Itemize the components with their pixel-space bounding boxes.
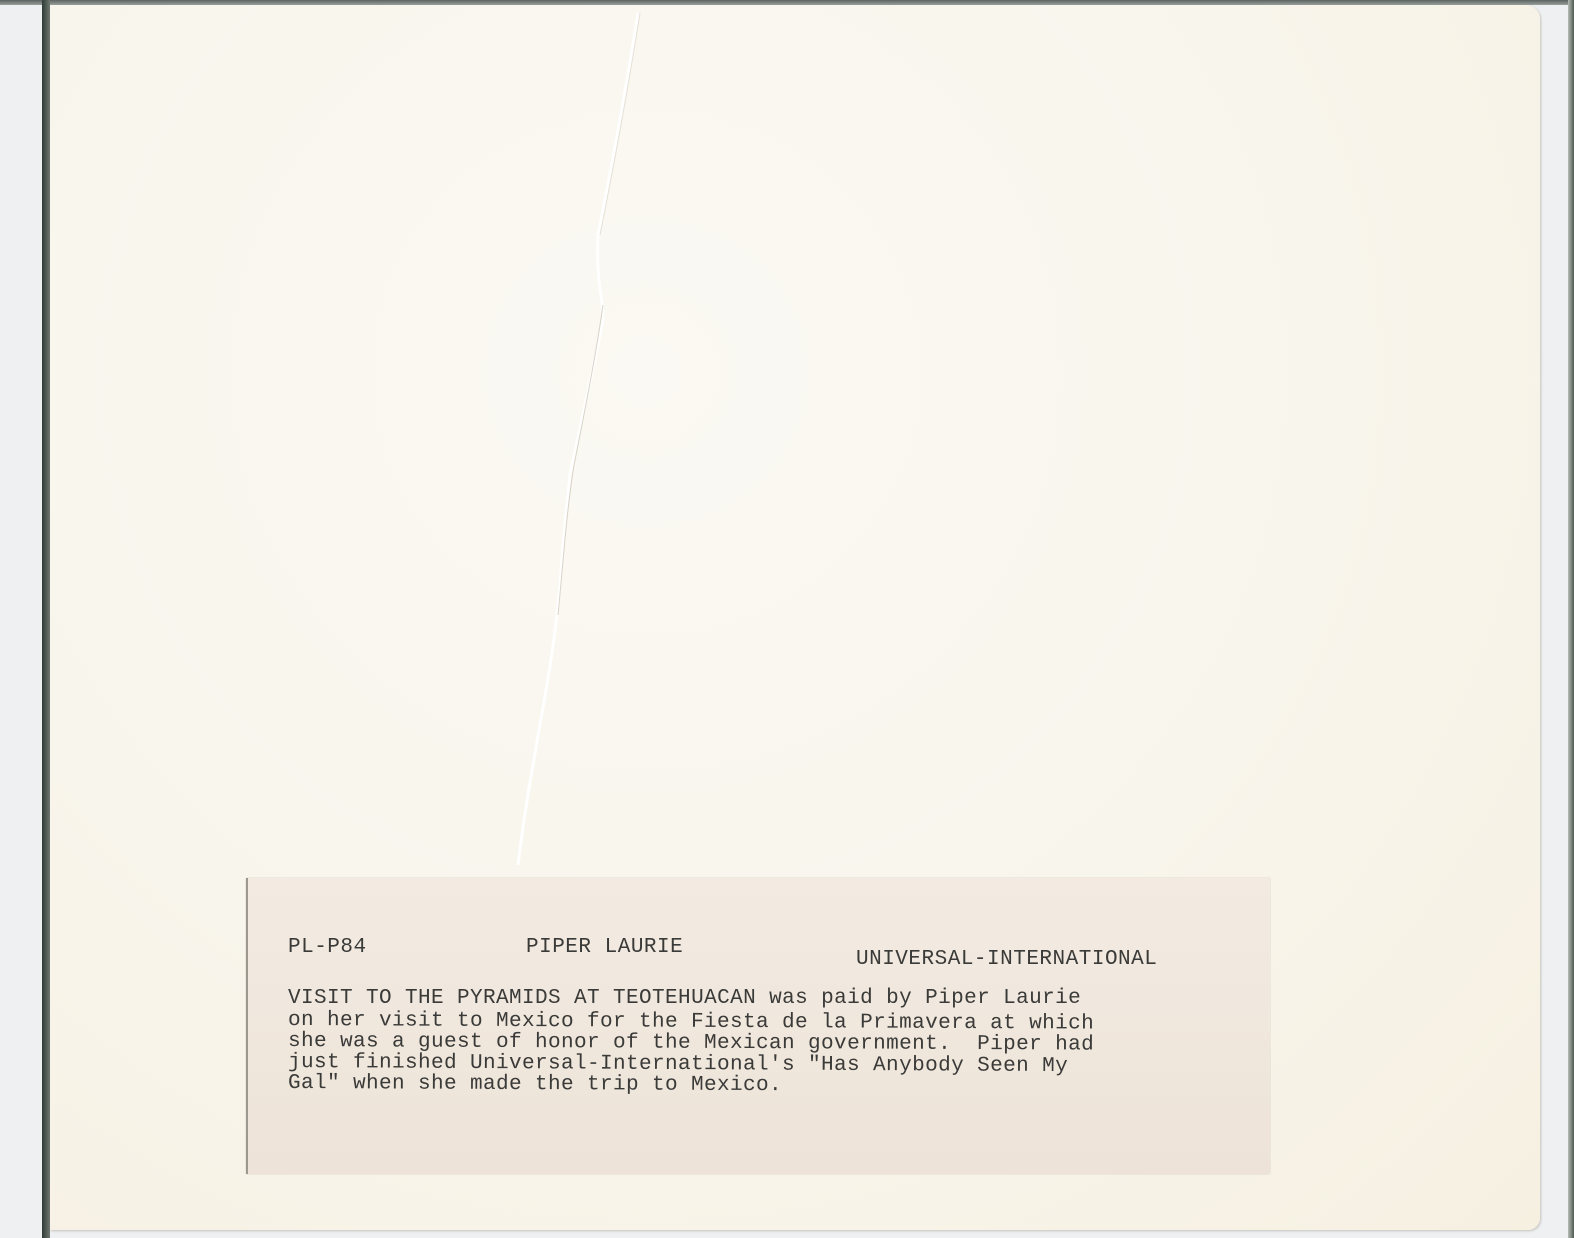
photo-code: PL-P84 (288, 936, 367, 959)
caption-snipe: PL-P84 PIPER LAURIE UNIVERSAL-INTERNATIO… (246, 878, 1270, 1174)
scan-left-edge (42, 0, 50, 1238)
photo-back-paper: PL-P84 PIPER LAURIE UNIVERSAL-INTERNATIO… (50, 5, 1540, 1230)
caption-line: Gal" when she made the trip to Mexico. (288, 1073, 1228, 1098)
scan-right-edge (1568, 0, 1574, 1238)
caption-line: VISIT TO THE PYRAMIDS AT TEOTEHUACAN was… (288, 988, 1228, 1009)
caption-text: VISIT TO THE PYRAMIDS AT TEOTEHUACAN was… (288, 986, 1228, 1091)
subject-name: PIPER LAURIE (526, 936, 683, 959)
studio-name: UNIVERSAL-INTERNATIONAL (856, 948, 1157, 971)
